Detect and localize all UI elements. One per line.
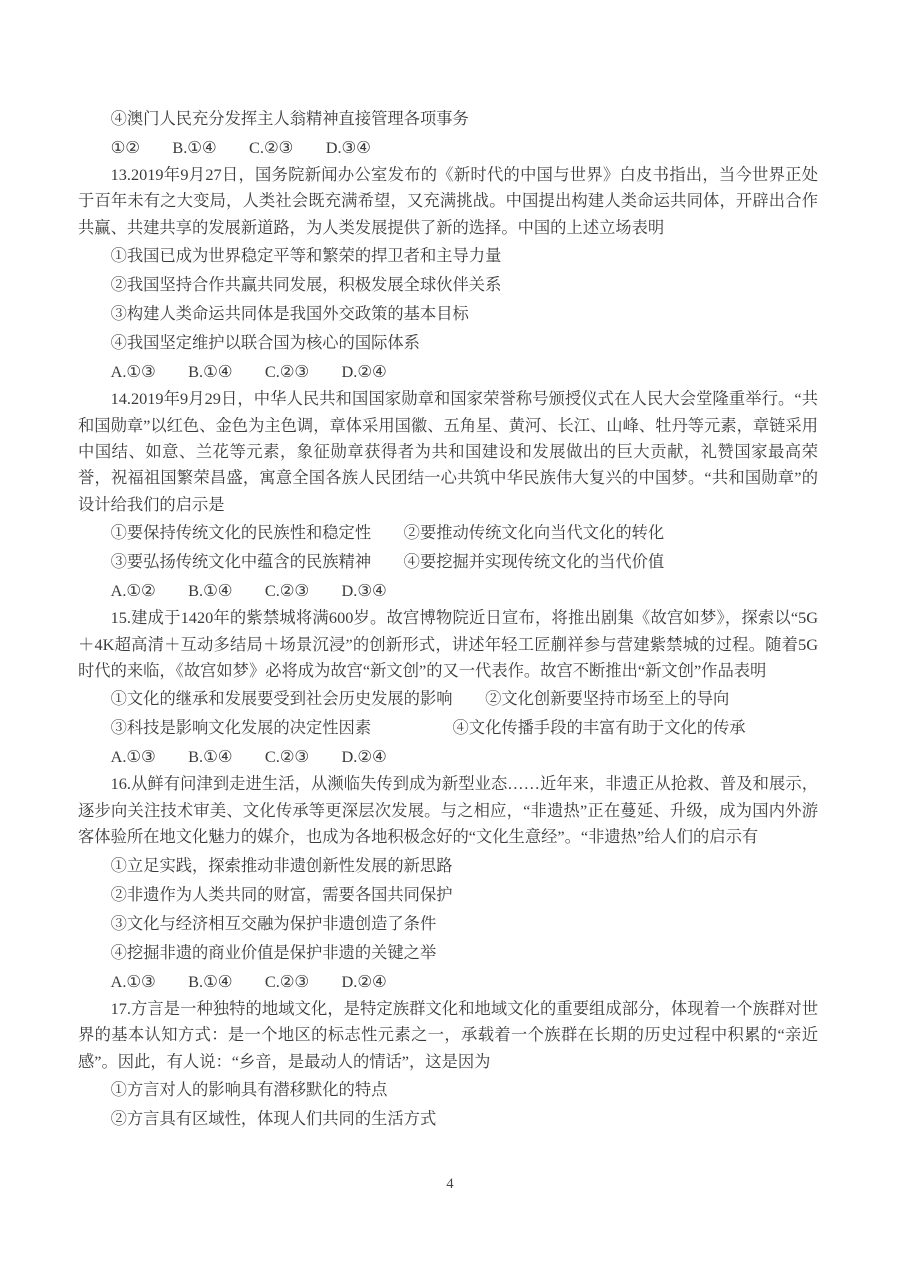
page-content: ④澳门人民充分发挥主人翁精神直接管理各项事务 ①② B.①④ C.②③ D.③④… (78, 104, 818, 1133)
question-15-stem: 15.建成于1420年的紫禁城将满600岁。故宫博物院近日宣布，将推出剧集《故宫… (78, 605, 818, 684)
question-16-stem: 16.从鲜有问津到走进生活，从濒临失传到成为新型业态……近年来，非遗正从抢救、普… (78, 771, 818, 850)
question-14-stem: 14.2019年9月29日，中华人民共和国国家勋章和国家荣誉称号颁授仪式在人民大… (78, 386, 818, 518)
question-13-option-3: ③构建人类命运共同体是我国外交政策的基本目标 (78, 299, 818, 328)
exam-page: ④澳门人民充分发挥主人翁精神直接管理各项事务 ①② B.①④ C.②③ D.③④… (0, 0, 900, 1272)
question-16-option-1: ①立足实践，探索推动非遗创新性发展的新思路 (78, 851, 818, 880)
question-13-option-1: ①我国已成为世界稳定平等和繁荣的捍卫者和主导力量 (78, 241, 818, 270)
carryover-answer-choices: ①② B.①④ C.②③ D.③④ (78, 133, 818, 162)
question-16-option-3: ③文化与经济相互交融为保护非遗创造了条件 (78, 909, 818, 938)
question-14-option-row-2: ③要弘扬传统文化中蕴含的民族精神 ④要挖掘并实现传统文化的当代价值 (78, 547, 818, 576)
question-16-option-4: ④挖掘非遗的商业价值是保护非遗的关键之举 (78, 938, 818, 967)
question-14-option-row-1: ①要保持传统文化的民族性和稳定性 ②要推动传统文化向当代文化的转化 (78, 518, 818, 547)
question-13-answer-choices: A.①③ B.①④ C.②③ D.②④ (78, 357, 818, 386)
question-16: 16.从鲜有问津到走进生活，从濒临失传到成为新型业态……近年来，非遗正从抢救、普… (78, 771, 818, 995)
page-number: 4 (0, 1176, 900, 1193)
question-17-option-1: ①方言对人的影响具有潜移默化的特点 (78, 1075, 818, 1104)
question-17-option-2: ②方言具有区域性，体现人们共同的生活方式 (78, 1104, 818, 1133)
question-13-stem: 13.2019年9月27日，国务院新闻办公室发布的《新时代的中国与世界》白皮书指… (78, 162, 818, 241)
question-14: 14.2019年9月29日，中华人民共和国国家勋章和国家荣誉称号颁授仪式在人民大… (78, 386, 818, 605)
question-15-option-row-1: ①文化的继承和发展要受到社会历史发展的影响 ②文化创新要坚持市场至上的导向 (78, 684, 818, 713)
question-16-answer-choices: A.①③ B.①④ C.②③ D.②④ (78, 967, 818, 996)
question-13-option-4: ④我国坚定维护以联合国为核心的国际体系 (78, 328, 818, 357)
question-14-answer-choices: A.①② B.①④ C.②③ D.③④ (78, 576, 818, 605)
carryover-option-4: ④澳门人民充分发挥主人翁精神直接管理各项事务 (78, 104, 818, 133)
question-15-option-row-2: ③科技是影响文化发展的决定性因素 ④文化传播手段的丰富有助于文化的传承 (78, 713, 818, 742)
question-15-answer-choices: A.①③ B.①④ C.②③ D.②④ (78, 742, 818, 771)
question-17: 17.方言是一种独特的地域文化，是特定族群文化和地域文化的重要组成部分，体现着一… (78, 996, 818, 1133)
question-13: 13.2019年9月27日，国务院新闻办公室发布的《新时代的中国与世界》白皮书指… (78, 162, 818, 386)
question-17-stem: 17.方言是一种独特的地域文化，是特定族群文化和地域文化的重要组成部分，体现着一… (78, 996, 818, 1075)
question-16-option-2: ②非遗作为人类共同的财富，需要各国共同保护 (78, 880, 818, 909)
question-13-option-2: ②我国坚持合作共赢共同发展，积极发展全球伙伴关系 (78, 270, 818, 299)
question-15: 15.建成于1420年的紫禁城将满600岁。故宫博物院近日宣布，将推出剧集《故宫… (78, 605, 818, 771)
